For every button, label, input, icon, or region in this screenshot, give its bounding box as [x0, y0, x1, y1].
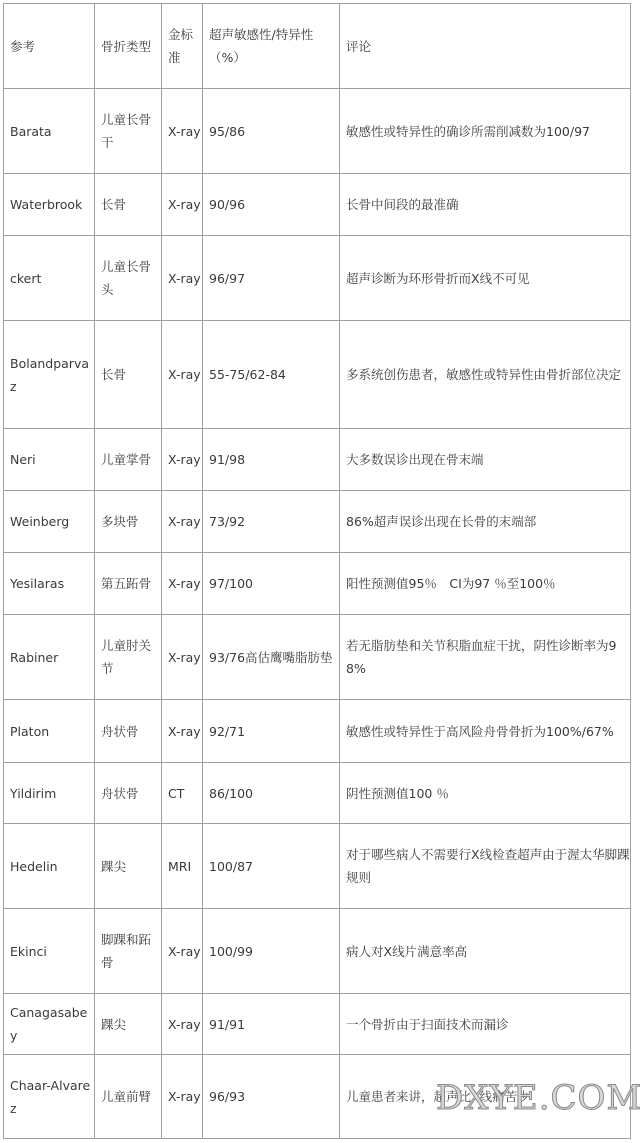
cell-fracture-type: 儿童肘关节 — [95, 615, 162, 700]
table-row: Hedelin 踝尖 MRI 100/87 对于哪些病人不需要行X线检查超声由于… — [4, 824, 631, 909]
cell-sensitivity-specificity: 100/99 — [203, 909, 340, 994]
table-row: Bolandparvaz 长骨 X-ray 55-75/62-84 多系统创伤患… — [4, 321, 631, 429]
cell-reference: Bolandparvaz — [4, 321, 95, 429]
cell-sensitivity-specificity: 93/76高估鹰嘴脂肪垫 — [203, 615, 340, 700]
cell-gold-standard: MRI — [162, 824, 203, 909]
header-comment: 评论 — [340, 4, 631, 89]
cell-sensitivity-specificity: 95/86 — [203, 89, 340, 174]
cell-sensitivity-specificity: 92/71 — [203, 700, 340, 763]
table-row: Canagasabey 踝尖 X-ray 91/91 一个骨折由于扫面技术而漏诊 — [4, 994, 631, 1055]
table-row: Yesilaras 第五跖骨 X-ray 97/100 阳性预测值95％ CI为… — [4, 553, 631, 615]
cell-fracture-type: 脚踝和跖骨 — [95, 909, 162, 994]
cell-comment: 多系统创伤患者，敏感性或特异性由骨折部位决定 — [340, 321, 631, 429]
fracture-ultrasound-table: 参考 骨折类型 金标准 超声敏感性/特异性（%） 评论 Barata 儿童长骨干… — [3, 3, 631, 1139]
cell-gold-standard: X-ray — [162, 553, 203, 615]
cell-fracture-type: 儿童掌骨 — [95, 429, 162, 491]
cell-comment: 病人对X线片满意率高 — [340, 909, 631, 994]
cell-sensitivity-specificity: 96/97 — [203, 236, 340, 321]
cell-comment: 长骨中间段的最准确 — [340, 174, 631, 236]
cell-reference: Barata — [4, 89, 95, 174]
cell-fracture-type: 儿童长骨头 — [95, 236, 162, 321]
cell-reference: Chaar-Alvarez — [4, 1055, 95, 1139]
cell-comment: 超声诊断为环形骨折而X线不可见 — [340, 236, 631, 321]
cell-reference: Rabiner — [4, 615, 95, 700]
cell-comment: 敏感性或特异性于高风险舟骨骨折为100%/67% — [340, 700, 631, 763]
header-reference: 参考 — [4, 4, 95, 89]
table-row: Rabiner 儿童肘关节 X-ray 93/76高估鹰嘴脂肪垫 若无脂肪垫和关… — [4, 615, 631, 700]
cell-fracture-type: 儿童长骨干 — [95, 89, 162, 174]
cell-fracture-type: 踝尖 — [95, 994, 162, 1055]
cell-reference: Hedelin — [4, 824, 95, 909]
cell-sensitivity-specificity: 97/100 — [203, 553, 340, 615]
cell-comment: 阴性预测值100 ％ — [340, 763, 631, 824]
cell-comment: 阳性预测值95％ CI为97 ％至100％ — [340, 553, 631, 615]
cell-comment: 对于哪些病人不需要行X线检查超声由于渥太华脚踝规则 — [340, 824, 631, 909]
table-row: Yildirim 舟状骨 CT 86/100 阴性预测值100 ％ — [4, 763, 631, 824]
table-row: Ekinci 脚踝和跖骨 X-ray 100/99 病人对X线片满意率高 — [4, 909, 631, 994]
cell-gold-standard: X-ray — [162, 89, 203, 174]
cell-sensitivity-specificity: 86/100 — [203, 763, 340, 824]
cell-reference: Weinberg — [4, 491, 95, 553]
cell-fracture-type: 舟状骨 — [95, 763, 162, 824]
cell-fracture-type: 踝尖 — [95, 824, 162, 909]
watermark-logo: DXYE.COM — [436, 1078, 640, 1118]
cell-fracture-type: 舟状骨 — [95, 700, 162, 763]
header-sensitivity-specificity: 超声敏感性/特异性（%） — [203, 4, 340, 89]
cell-gold-standard: X-ray — [162, 491, 203, 553]
cell-gold-standard: X-ray — [162, 1055, 203, 1139]
cell-reference: Neri — [4, 429, 95, 491]
cell-fracture-type: 长骨 — [95, 321, 162, 429]
cell-fracture-type: 第五跖骨 — [95, 553, 162, 615]
header-row: 参考 骨折类型 金标准 超声敏感性/特异性（%） 评论 — [4, 4, 631, 89]
cell-gold-standard: X-ray — [162, 909, 203, 994]
cell-fracture-type: 长骨 — [95, 174, 162, 236]
table-row: Weinberg 多块骨 X-ray 73/92 86%超声误诊出现在长骨的末端… — [4, 491, 631, 553]
cell-reference: Yildirim — [4, 763, 95, 824]
cell-comment: 大多数误诊出现在骨末端 — [340, 429, 631, 491]
table-row: Neri 儿童掌骨 X-ray 91/98 大多数误诊出现在骨末端 — [4, 429, 631, 491]
cell-sensitivity-specificity: 55-75/62-84 — [203, 321, 340, 429]
cell-comment: 一个骨折由于扫面技术而漏诊 — [340, 994, 631, 1055]
table-row: ckert 儿童长骨头 X-ray 96/97 超声诊断为环形骨折而X线不可见 — [4, 236, 631, 321]
cell-comment: 若无脂肪垫和关节积脂血症干扰，阴性诊断率为98% — [340, 615, 631, 700]
cell-gold-standard: X-ray — [162, 429, 203, 491]
table-row: Platon 舟状骨 X-ray 92/71 敏感性或特异性于高风险舟骨骨折为1… — [4, 700, 631, 763]
cell-sensitivity-specificity: 96/93 — [203, 1055, 340, 1139]
cell-gold-standard: X-ray — [162, 615, 203, 700]
cell-gold-standard: X-ray — [162, 236, 203, 321]
cell-gold-standard: X-ray — [162, 994, 203, 1055]
cell-sensitivity-specificity: 91/91 — [203, 994, 340, 1055]
cell-comment: 86%超声误诊出现在长骨的末端部 — [340, 491, 631, 553]
cell-fracture-type: 儿童前臂 — [95, 1055, 162, 1139]
cell-reference: Yesilaras — [4, 553, 95, 615]
cell-reference: ckert — [4, 236, 95, 321]
cell-gold-standard: X-ray — [162, 321, 203, 429]
table-row: Barata 儿童长骨干 X-ray 95/86 敏感性或特异性的确诊所需削减数… — [4, 89, 631, 174]
header-fracture-type: 骨折类型 — [95, 4, 162, 89]
cell-sensitivity-specificity: 100/87 — [203, 824, 340, 909]
cell-sensitivity-specificity: 73/92 — [203, 491, 340, 553]
cell-comment: 敏感性或特异性的确诊所需削减数为100/97 — [340, 89, 631, 174]
cell-reference: Ekinci — [4, 909, 95, 994]
cell-fracture-type: 多块骨 — [95, 491, 162, 553]
cell-gold-standard: X-ray — [162, 174, 203, 236]
header-gold-standard: 金标准 — [162, 4, 203, 89]
cell-reference: Platon — [4, 700, 95, 763]
cell-reference: Waterbrook — [4, 174, 95, 236]
cell-gold-standard: CT — [162, 763, 203, 824]
table-row: Waterbrook 长骨 X-ray 90/96 长骨中间段的最准确 — [4, 174, 631, 236]
cell-sensitivity-specificity: 90/96 — [203, 174, 340, 236]
cell-gold-standard: X-ray — [162, 700, 203, 763]
cell-sensitivity-specificity: 91/98 — [203, 429, 340, 491]
cell-reference: Canagasabey — [4, 994, 95, 1055]
